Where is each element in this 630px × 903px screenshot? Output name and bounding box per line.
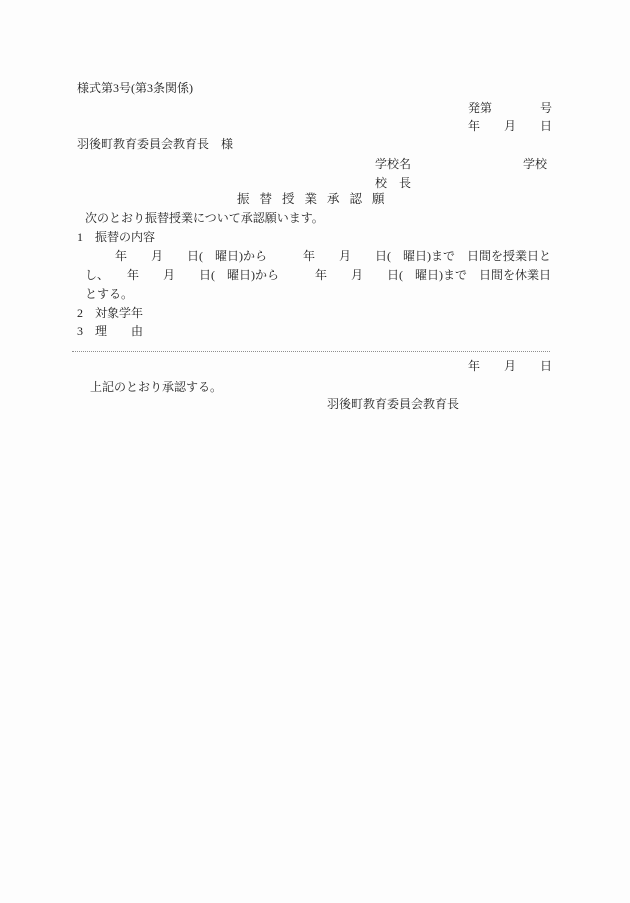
item2-heading: 2 対象学年: [77, 306, 143, 320]
intro-text: 次のとおり振替授業について承認願います。: [85, 211, 324, 225]
separator-dotted-line: [72, 351, 550, 352]
approver-title: 羽後町教育委員会教育長: [327, 397, 459, 411]
item1-line3: とする。: [85, 287, 133, 301]
item1-line2: し、 年 月 日( 曜日)から 年 月 日( 曜日)まで 日間を休業日: [85, 268, 551, 282]
form-number: 様式第3号(第3条関係): [77, 81, 193, 95]
item1-heading: 1 振替の内容: [77, 230, 155, 244]
item1-line1: 年 月 日( 曜日)から 年 月 日( 曜日)まで 日間を授業日と: [115, 249, 551, 263]
approval-date-line: 年 月 日: [468, 359, 552, 373]
item3-heading: 3 理 由: [77, 324, 143, 338]
issue-number-line: 発第 号: [468, 101, 552, 115]
school-name-suffix: 学校: [523, 157, 547, 171]
document-title: 振替授業承認願: [237, 192, 395, 206]
header-date-line: 年 月 日: [468, 119, 552, 133]
school-name-label: 学校名: [375, 157, 411, 171]
principal-label: 校 長: [375, 176, 411, 190]
approval-text: 上記のとおり承認する。: [90, 380, 222, 394]
form-page: 様式第3号(第3条関係) 発第 号 年 月 日 羽後町教育委員会教育長 様 学校…: [0, 0, 630, 903]
addressee-line: 羽後町教育委員会教育長 様: [77, 137, 233, 151]
